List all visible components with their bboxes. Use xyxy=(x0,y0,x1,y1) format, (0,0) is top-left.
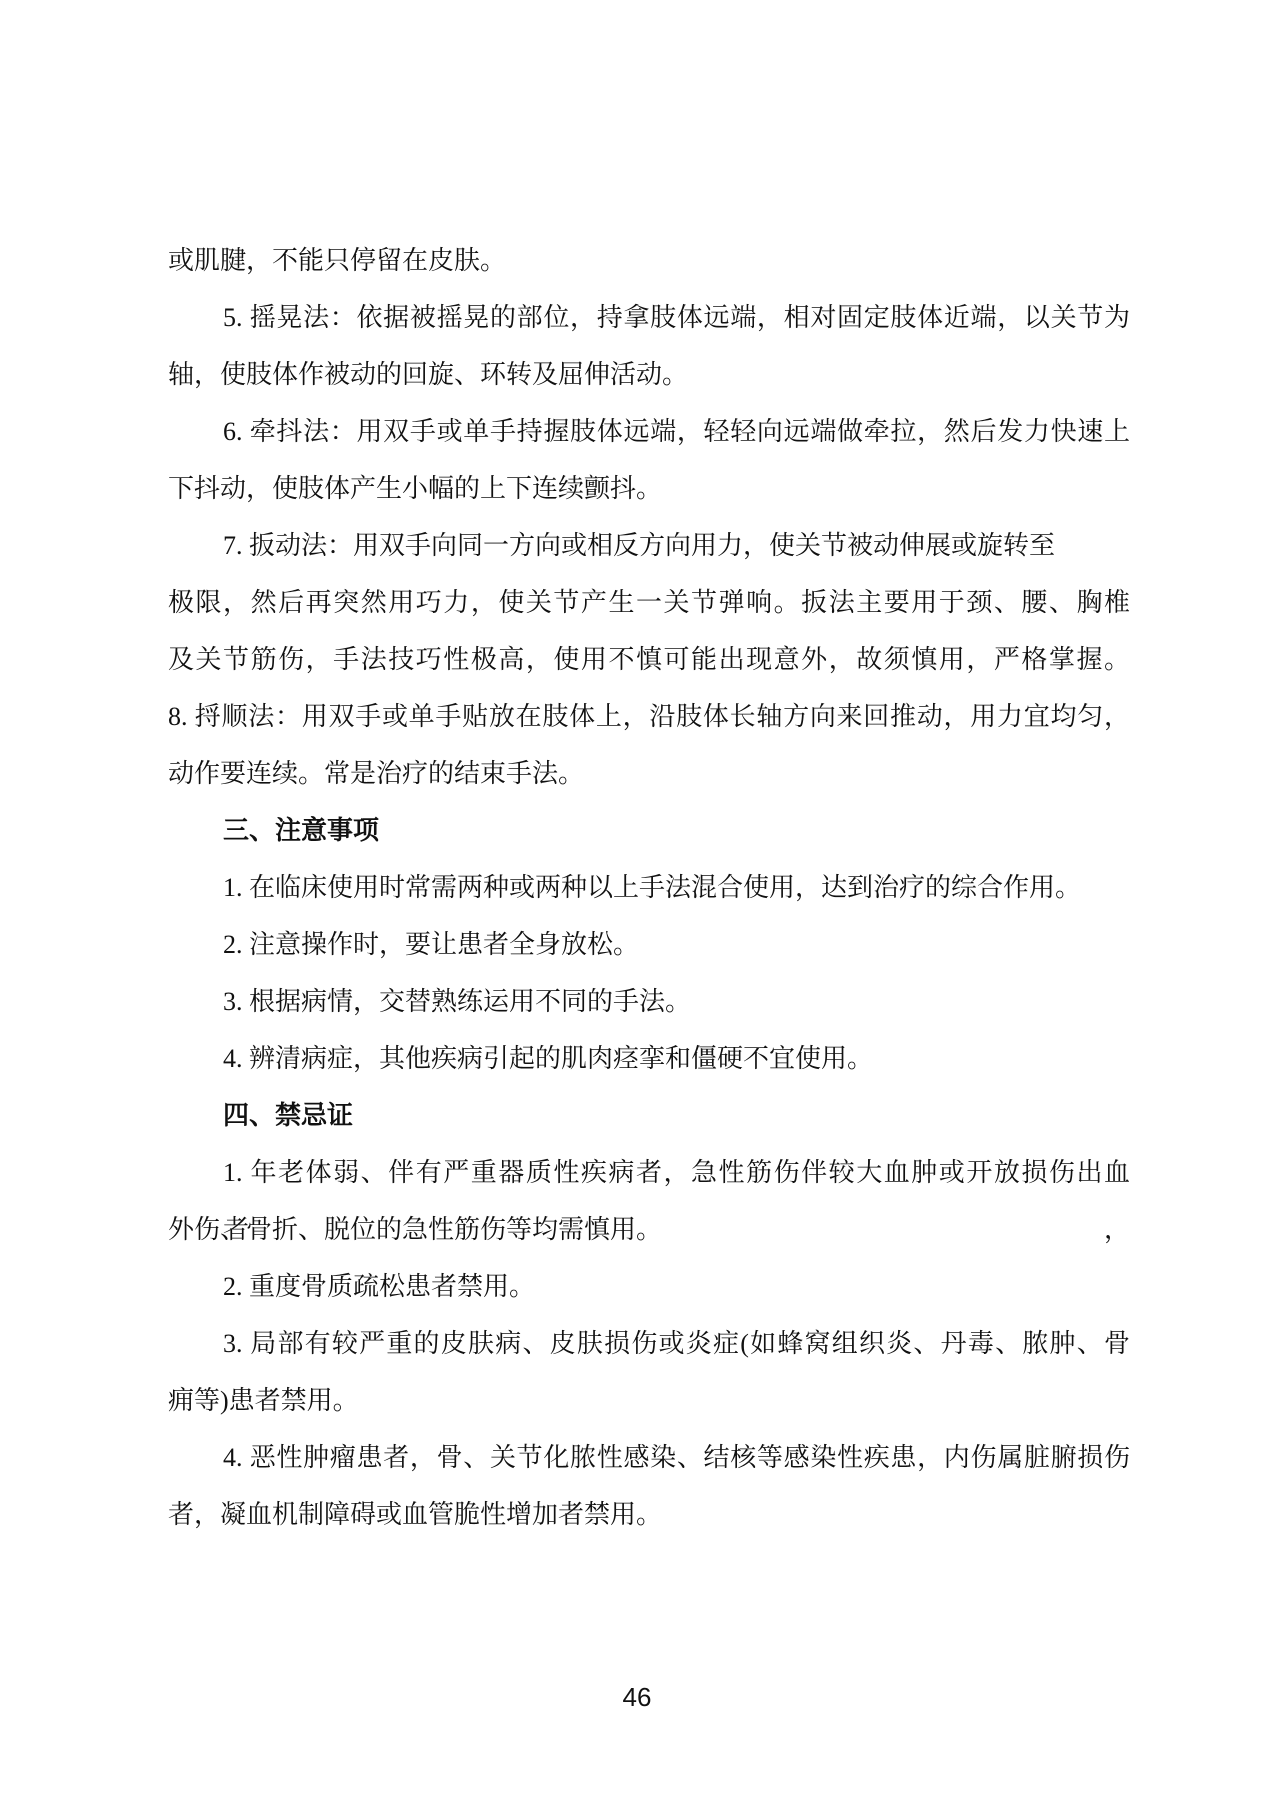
document-page: 或肌腱，不能只停留在皮肤。5. 摇晃法：依据被摇晃的部位，持拿肢体远端，相对固定… xyxy=(0,0,1274,1801)
text-line: 及关节筋伤，手法技巧性极高，使用不慎可能出现意外，故须慎用，严格掌握。 xyxy=(168,631,1130,688)
text-line: 痈等)患者禁用。 xyxy=(168,1372,1130,1429)
section-heading: 四、禁忌证 xyxy=(168,1087,1130,1144)
page-number: 46 xyxy=(0,1682,1274,1712)
text-line: 1. 年老体弱、伴有严重器质性疾病者，急性筋伤伴较大血肿或开放损伤出血者， xyxy=(168,1144,1130,1201)
text-line: 4. 辨清病症，其他疾病引起的肌肉痉挛和僵硬不宜使用。 xyxy=(168,1030,1130,1087)
text-line: 5. 摇晃法：依据被摇晃的部位，持拿肢体远端，相对固定肢体近端，以关节为 xyxy=(168,289,1130,346)
text-line: 3. 局部有较严重的皮肤病、皮肤损伤或炎症(如蜂窝组织炎、丹毒、脓肿、骨 xyxy=(168,1315,1130,1372)
text-line: 极限，然后再突然用巧力，使关节产生一关节弹响。扳法主要用于颈、腰、胸椎 xyxy=(168,574,1130,631)
text-line: 动作要连续。常是治疗的结束手法。 xyxy=(168,745,1130,802)
text-line: 2. 重度骨质疏松患者禁用。 xyxy=(168,1258,1130,1315)
text-line: 轴，使肢体作被动的回旋、环转及屈伸活动。 xyxy=(168,346,1130,403)
text-line: 1. 在临床使用时常需两种或两种以上手法混合使用，达到治疗的综合作用。 xyxy=(168,859,1130,916)
text-line: 下抖动，使肢体产生小幅的上下连续颤抖。 xyxy=(168,460,1130,517)
text-line: 2. 注意操作时，要让患者全身放松。 xyxy=(168,916,1130,973)
text-line: 或肌腱，不能只停留在皮肤。 xyxy=(168,232,1130,289)
text-line: 6. 牵抖法：用双手或单手持握肢体远端，轻轻向远端做牵拉，然后发力快速上 xyxy=(168,403,1130,460)
text-content: 或肌腱，不能只停留在皮肤。5. 摇晃法：依据被摇晃的部位，持拿肢体远端，相对固定… xyxy=(168,232,1130,1543)
text-line: 4. 恶性肿瘤患者，骨、关节化脓性感染、结核等感染性疾患，内伤属脏腑损伤 xyxy=(168,1429,1130,1486)
text-line: 3. 根据病情，交替熟练运用不同的手法。 xyxy=(168,973,1130,1030)
text-line: 者，凝血机制障碍或血管脆性增加者禁用。 xyxy=(168,1486,1130,1543)
text-line: 7. 扳动法：用双手向同一方向或相反方向用力，使关节被动伸展或旋转至 xyxy=(168,517,1130,574)
text-line: 8. 捋顺法：用双手或单手贴放在肢体上，沿肢体长轴方向来回推动，用力宜均匀， xyxy=(168,688,1130,745)
section-heading: 三、注意事项 xyxy=(168,802,1130,859)
